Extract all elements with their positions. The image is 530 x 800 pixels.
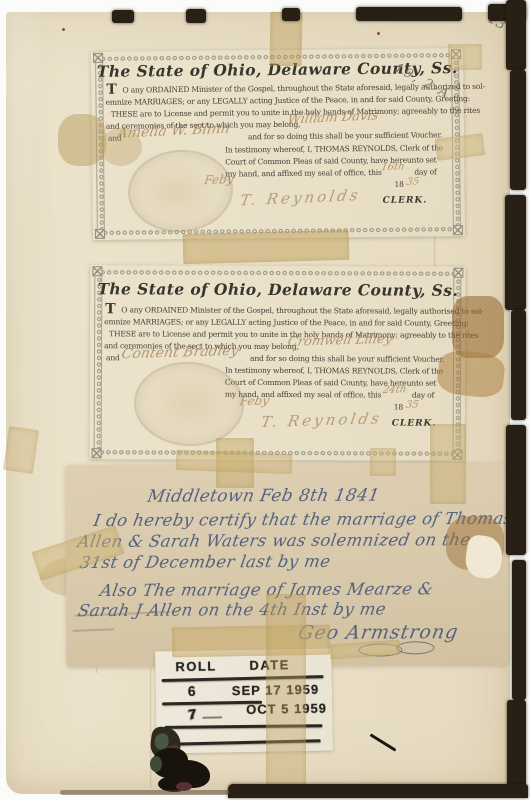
- border-corner-icon: [453, 268, 463, 278]
- tape-strip: [430, 424, 466, 504]
- drop-cap: T: [105, 301, 115, 317]
- tape-strip: [448, 44, 482, 70]
- roll-number: 6: [188, 683, 198, 699]
- certificate-testimony-line: my hand, and affixed my seal of office, …: [225, 168, 381, 179]
- stain: [100, 128, 142, 166]
- border-corner-icon: [95, 229, 105, 239]
- tape-strip: [172, 625, 330, 658]
- stain: [120, 148, 232, 236]
- note-dateline: Middletown Feb 8th 1841: [146, 486, 381, 507]
- book-edge: [282, 8, 300, 21]
- certificate-dayof-label: day of: [412, 391, 434, 400]
- tape-strip: [183, 230, 350, 264]
- certificate-testimony-line: In testimony whereof, I, THOMAS REYNOLDS…: [225, 143, 443, 154]
- signature-flourish: [396, 641, 434, 654]
- book-edge: [507, 700, 526, 786]
- certificate-voucher-line: and for so doing this shall be your suff…: [250, 354, 444, 364]
- tape-strip: [3, 426, 39, 474]
- tape-strip: [370, 448, 396, 476]
- book-edge: [112, 10, 134, 23]
- book-edge: [228, 784, 528, 798]
- certificate-dayof-label: day of: [414, 167, 436, 176]
- note-line: Allen & Sarah Waters was solemnized on t…: [76, 530, 472, 551]
- ink-blot: [150, 756, 162, 772]
- drop-cap: T: [106, 82, 117, 98]
- certificate-border-top: [99, 269, 456, 277]
- certificate-year-printed: 18: [394, 403, 403, 412]
- clerk-signature: T. Reynolds: [260, 409, 384, 431]
- tape-strip: [266, 594, 306, 794]
- stain: [128, 358, 250, 450]
- tape-strip: [176, 450, 293, 474]
- pin-hole: [377, 32, 380, 35]
- border-corner-icon: [453, 225, 463, 235]
- roll-column-header: ROLL: [175, 658, 217, 674]
- handwritten-year: 35: [405, 399, 420, 410]
- border-corner-icon: [92, 266, 102, 276]
- certificate-voucher-line: and for so doing this shall be your suff…: [248, 130, 442, 141]
- certificate-testimony-line: In testimony whereof, I, THOMAS REYNOLDS…: [225, 366, 443, 376]
- handwritten-groom-name: Cromwell Lilley: [286, 332, 393, 350]
- certificate-body-line: O any ORDAINED Minister of the Gospel, t…: [121, 305, 483, 316]
- certificate-year-printed: 18: [394, 180, 403, 189]
- certificate-body-line: emnize MARRIAGES; or any LEGALLY acting …: [106, 94, 471, 107]
- handwritten-year: 35: [405, 176, 420, 188]
- microfilm-roll-date-card: ROLL DATE 6 SEP 17 1959 7 OCT 5 1959: [155, 648, 333, 753]
- pin-hole: [62, 28, 65, 31]
- book-edge: [505, 195, 526, 310]
- book-edge: [511, 310, 526, 420]
- book-edge: [186, 9, 206, 23]
- certificate-title: The State of Ohio, Delaware County, Ss.: [90, 279, 465, 300]
- stained-tape: [452, 296, 504, 358]
- faint-pencil-scribble: [72, 628, 114, 632]
- book-edge: [506, 425, 526, 555]
- page-bottom-shadow: [60, 790, 230, 795]
- handwritten-day: 24th: [382, 384, 407, 396]
- clerk-label: CLERK.: [383, 195, 428, 205]
- stain: [58, 114, 106, 166]
- note-line: Sarah J Allen on the 4th Inst by me: [77, 599, 388, 620]
- roll-number: 7: [187, 705, 198, 722]
- certificate-body-line: emnize MARRIAGES; or any LEGALLY acting …: [104, 317, 469, 328]
- handwritten-day: 16th: [380, 161, 405, 173]
- book-edge: [512, 560, 526, 700]
- stamp-smudge: [202, 716, 222, 718]
- clerk-signature: T. Reynolds: [239, 186, 363, 209]
- border-corner-icon: [92, 448, 102, 458]
- book-edge: [506, 0, 526, 70]
- book-edge: [356, 7, 462, 21]
- handwritten-groom-name: William Davis: [286, 108, 379, 127]
- scanned-scrapbook-photo: The State of Ohio, Delaware County, Ss. …: [0, 0, 530, 800]
- certificate-and-word: and: [106, 353, 120, 362]
- book-edge: [510, 70, 526, 190]
